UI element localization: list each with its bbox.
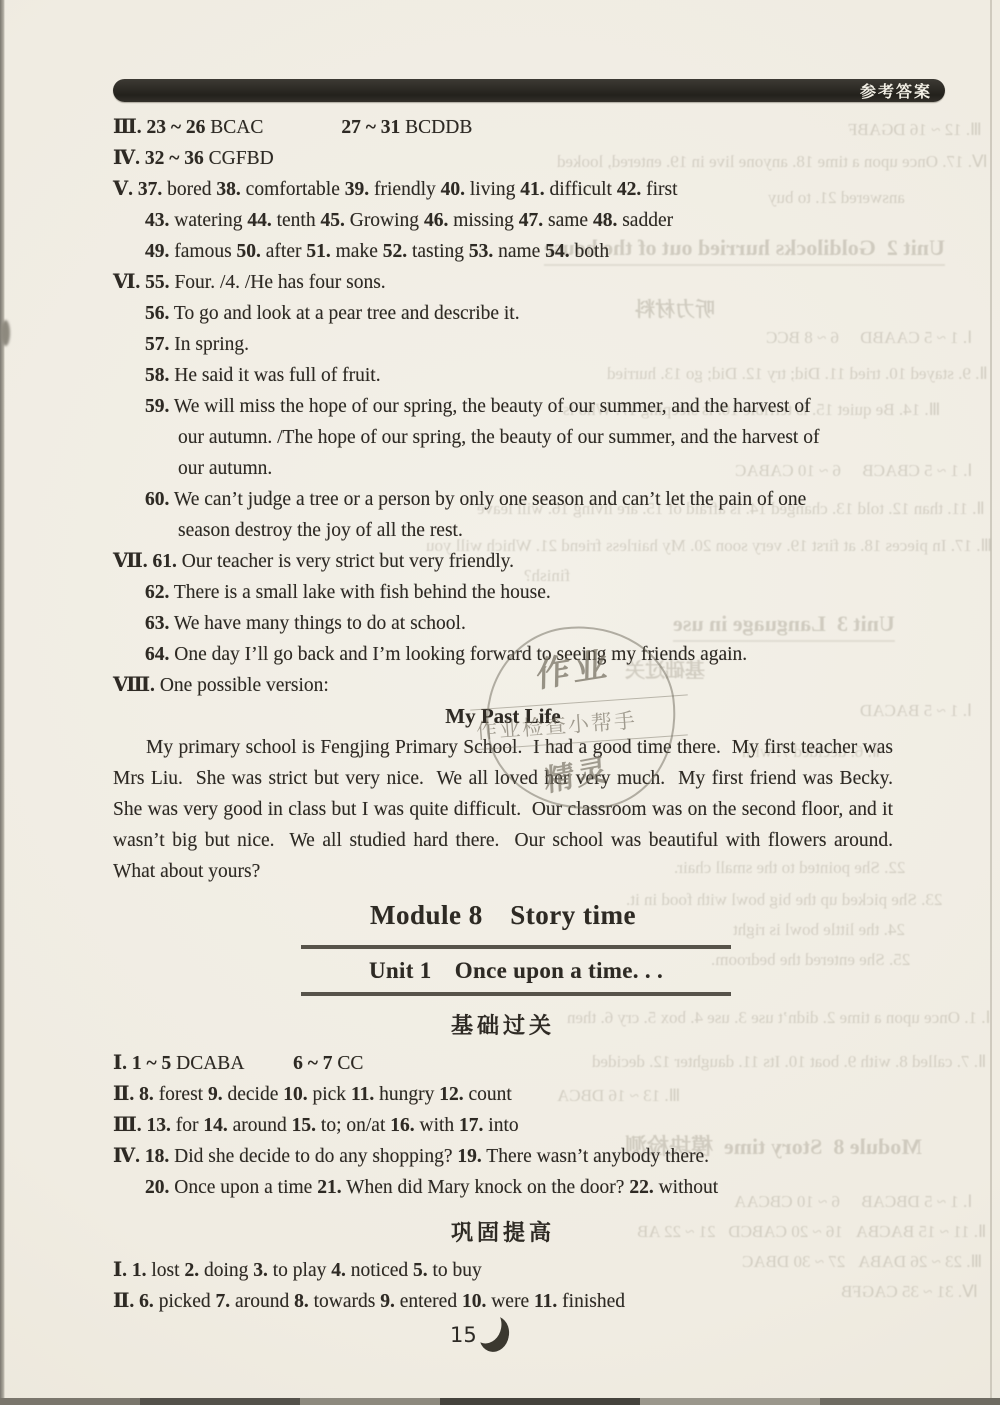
answer-line: Ⅱ. 8. forest 9. decide 10. pick 11. hung… [113,1079,893,1110]
answer-line: Ⅱ. 6. picked 7. around 8. towards 9. ent… [113,1286,893,1317]
answer-line: Ⅶ. 61. Our teacher is very strict but ve… [113,546,893,577]
essay-paragraph: My primary school is Fengjing Primary Sc… [113,732,893,887]
answer-line: 60. We can’t judge a tree or a person by… [113,484,893,515]
scan-edge-right [990,0,992,1398]
section-heading: 巩固提高 [113,1217,893,1249]
answer-line: Ⅳ. 32 ~ 36 CGFBD [113,143,893,174]
answer-content: Ⅲ. 23 ~ 26 BCAC 27 ~ 31 BCDDBⅣ. 32 ~ 36 … [113,112,893,1317]
answer-line: Ⅵ. 55. Four. /4. /He has four sons. [113,267,893,298]
section-heading: 基础过关 [113,1010,893,1042]
page-footer: 15 [450,1316,509,1352]
answer-line: 58. He said it was full of fruit. [113,360,893,391]
answer-line: Ⅷ. One possible version: [113,670,893,701]
answer-line: Ⅲ. 23 ~ 26 BCAC 27 ~ 31 BCDDB [113,112,893,143]
crescent-mark-icon [476,1314,512,1355]
answer-line: Ⅲ. 13. for 14. around 15. to; on/at 16. … [113,1110,893,1141]
scan-smudge [1,320,10,346]
unit-heading: Unit 1 Once upon a time. . . [301,945,731,996]
answer-line: 63. We have many things to do at school. [113,608,893,639]
answer-line: 43. watering 44. tenth 45. Growing 46. m… [113,205,893,236]
scanned-answer-page: 参考答案 Ⅲ. 12 ~ 16 DGABFⅣ. 17. Once upon a … [0,0,1000,1405]
page-number: 15 [450,1318,477,1352]
answer-line: Ⅰ. 1 ~ 5 DCABA 6 ~ 7 CC [113,1048,893,1079]
answer-line: 49. famous 50. after 51. make 52. tastin… [113,236,893,267]
answers-header-bar: 参考答案 [113,79,945,102]
answer-line: Ⅴ. 37. bored 38. comfortable 39. friendl… [113,174,893,205]
answer-line: 57. In spring. [113,329,893,360]
essay-title: My Past Life [113,701,893,732]
answer-line: 62. There is a small lake with fish behi… [113,577,893,608]
answer-line: 56. To go and look at a pear tree and de… [113,298,893,329]
answer-line: Ⅰ. 1. lost 2. doing 3. to play 4. notice… [113,1255,893,1286]
answer-line: 59. We will miss the hope of our spring,… [113,391,893,422]
answer-continuation: our autumn. [113,453,893,484]
answers-header-label: 参考答案 [860,79,945,102]
answer-line: 64. One day I’ll go back and I’m looking… [113,639,893,670]
answer-continuation: season destroy the joy of all the rest. [113,515,893,546]
scan-edge-bottom [0,1398,1000,1405]
module-heading: Module 8 Story time [113,895,893,935]
scan-edge-left [0,0,5,1398]
answer-line: Ⅳ. 18. Did she decide to do any shopping… [113,1141,893,1172]
answer-line: 20. Once upon a time 21. When did Mary k… [113,1172,893,1203]
answer-continuation: our autumn. /The hope of our spring, the… [113,422,893,453]
